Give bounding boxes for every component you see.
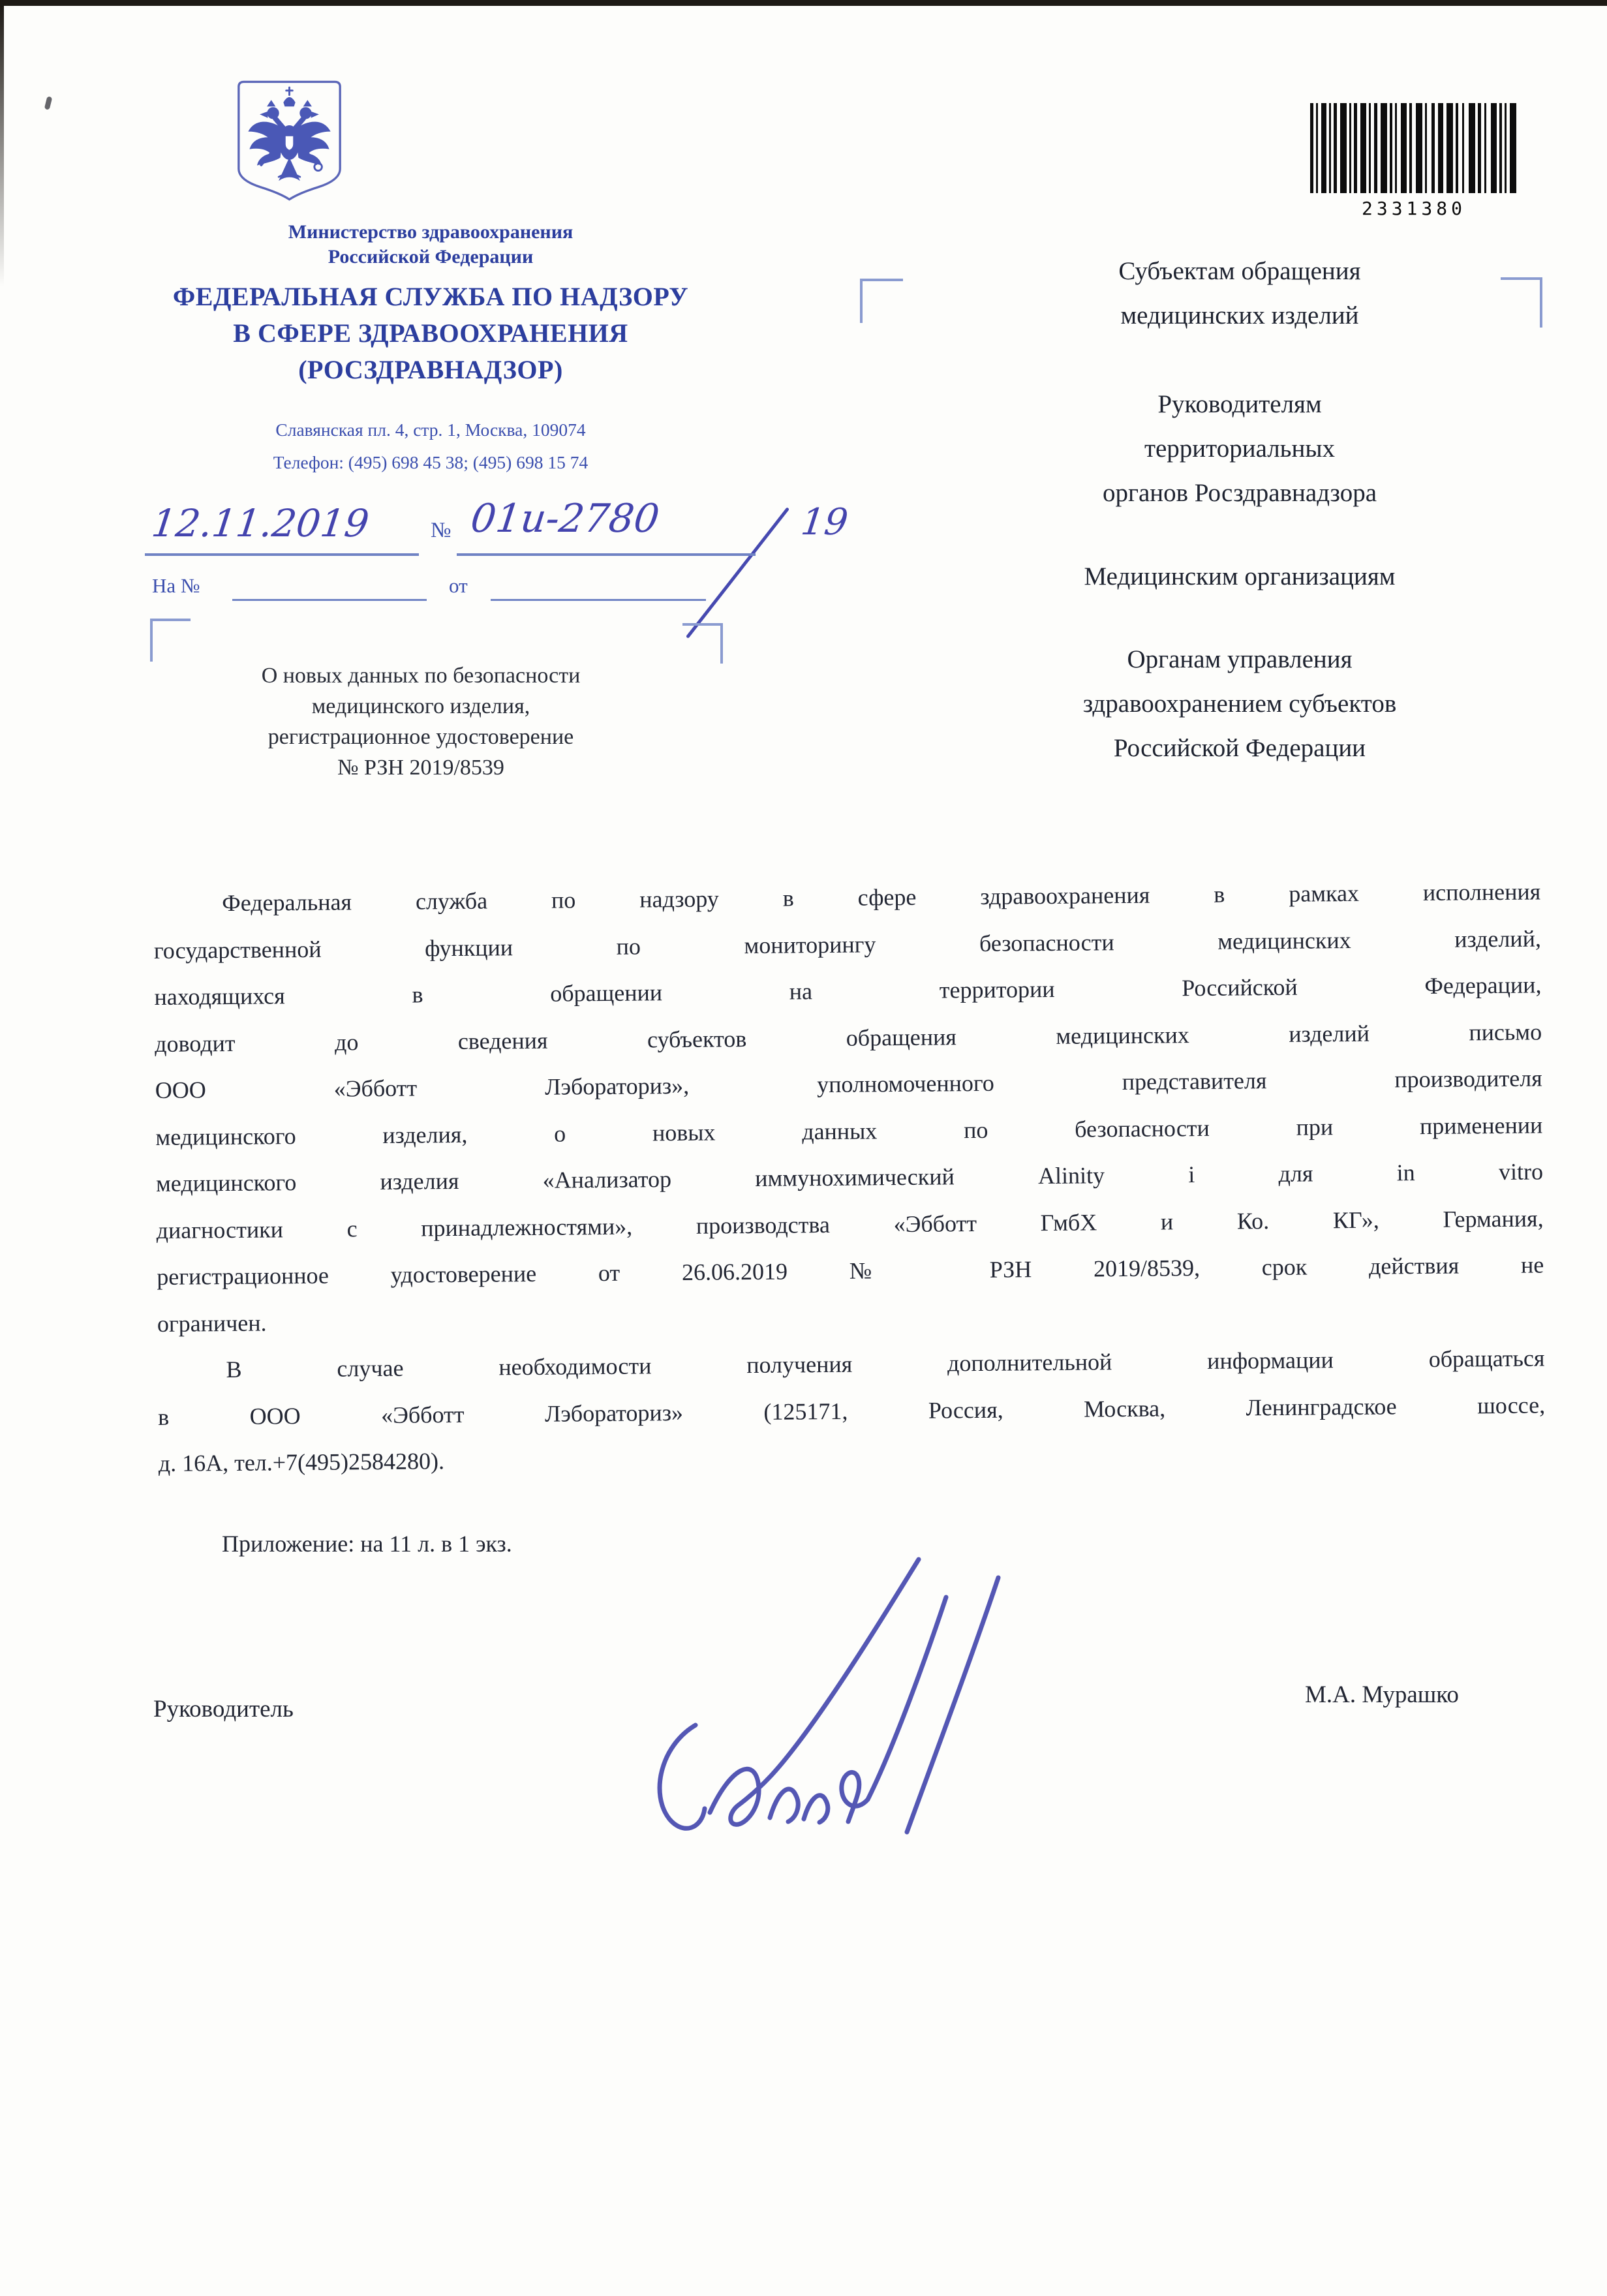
number-sign: № [431, 519, 451, 543]
ministry-line: Российской Федерации [140, 245, 721, 269]
phone-numbers: Телефон: (495) 698 45 38; (495) 698 15 7… [140, 446, 721, 479]
addressee-line: органов Росздравнадзора [913, 471, 1566, 515]
addressee-line: Органам управления [913, 637, 1566, 682]
handwritten-slash [686, 507, 789, 639]
ref-na-label: На № [152, 574, 200, 598]
ministry-line: Министерство здравоохранения [140, 220, 721, 245]
contact-block: Славянская пл. 4, стр. 1, Москва, 109074… [140, 414, 721, 479]
postal-address: Славянская пл. 4, стр. 1, Москва, 109074 [140, 414, 721, 446]
subject-line: медицинского изделия, [157, 691, 685, 722]
subject-corner-left [150, 619, 191, 662]
body-text: Федеральная служба по надзору в сфере зд… [153, 868, 1546, 1487]
addressee-line: Медицинским организациям [913, 555, 1566, 599]
coat-of-arms-icon [236, 79, 343, 203]
addressee-line: медицинских изделий [913, 294, 1566, 338]
ministry-name: Министерство здравоохранения Российской … [140, 220, 721, 269]
signer-position: Руководитель [153, 1695, 294, 1723]
attachment-note: Приложение: на 11 л. в 1 экз. [222, 1530, 512, 1557]
addressee-corner-left [860, 279, 903, 323]
handwritten-number-suffix: 19 [799, 501, 850, 543]
addressee-block: Органам управления здравоохранением субъ… [913, 637, 1566, 771]
addressee-line: Руководителям [913, 382, 1566, 427]
addressee-block: Медицинским организациям [913, 555, 1566, 599]
number-rule [457, 553, 756, 556]
addressee-line: территориальных [913, 427, 1566, 471]
barcode-bars [1310, 103, 1518, 193]
scan-speck [44, 96, 53, 110]
handwritten-date: 12.11.2019 [149, 501, 371, 545]
service-line: (РОСЗДРАВНАДЗОР) [140, 352, 721, 388]
handwritten-number: 01и-2780 [468, 496, 662, 542]
ref-ot-label: от [449, 574, 468, 598]
service-line: ФЕДЕРАЛЬНАЯ СЛУЖБА ПО НАДЗОРУ [140, 279, 721, 315]
addressee-block: Руководителям территориальных органов Ро… [913, 382, 1566, 515]
subject-block: О новых данных по безопасности медицинск… [157, 660, 685, 783]
ref-number-blank [232, 575, 427, 601]
service-line: В СФЕРЕ ЗДРАВООХРАНЕНИЯ [140, 315, 721, 352]
date-rule [145, 553, 419, 556]
subject-corner-right [682, 623, 723, 664]
scanned-letter-page: Министерство здравоохранения Российской … [0, 0, 1607, 2296]
service-name: ФЕДЕРАЛЬНАЯ СЛУЖБА ПО НАДЗОРУ В СФЕРЕ ЗД… [140, 279, 721, 388]
signature-icon [633, 1552, 1077, 1839]
scan-edge-top [0, 0, 1607, 6]
scan-edge-left [0, 6, 4, 286]
barcode-number: 2331380 [1310, 198, 1518, 219]
subject-line: № РЗН 2019/8539 [157, 752, 685, 783]
subject-line: регистрационное удостоверение [157, 722, 685, 752]
addressee-line: здравоохранением субъектов [913, 682, 1566, 726]
addressee-block: Субъектам обращения медицинских изделий [913, 249, 1566, 338]
signer-name: М.А. Мурашко [1305, 1681, 1459, 1709]
barcode: 2331380 [1310, 103, 1518, 219]
addressee-line: Российской Федерации [913, 726, 1566, 771]
addressee-line: Субъектам обращения [913, 249, 1566, 294]
subject-line: О новых данных по безопасности [157, 660, 685, 691]
ref-date-blank [491, 575, 706, 601]
